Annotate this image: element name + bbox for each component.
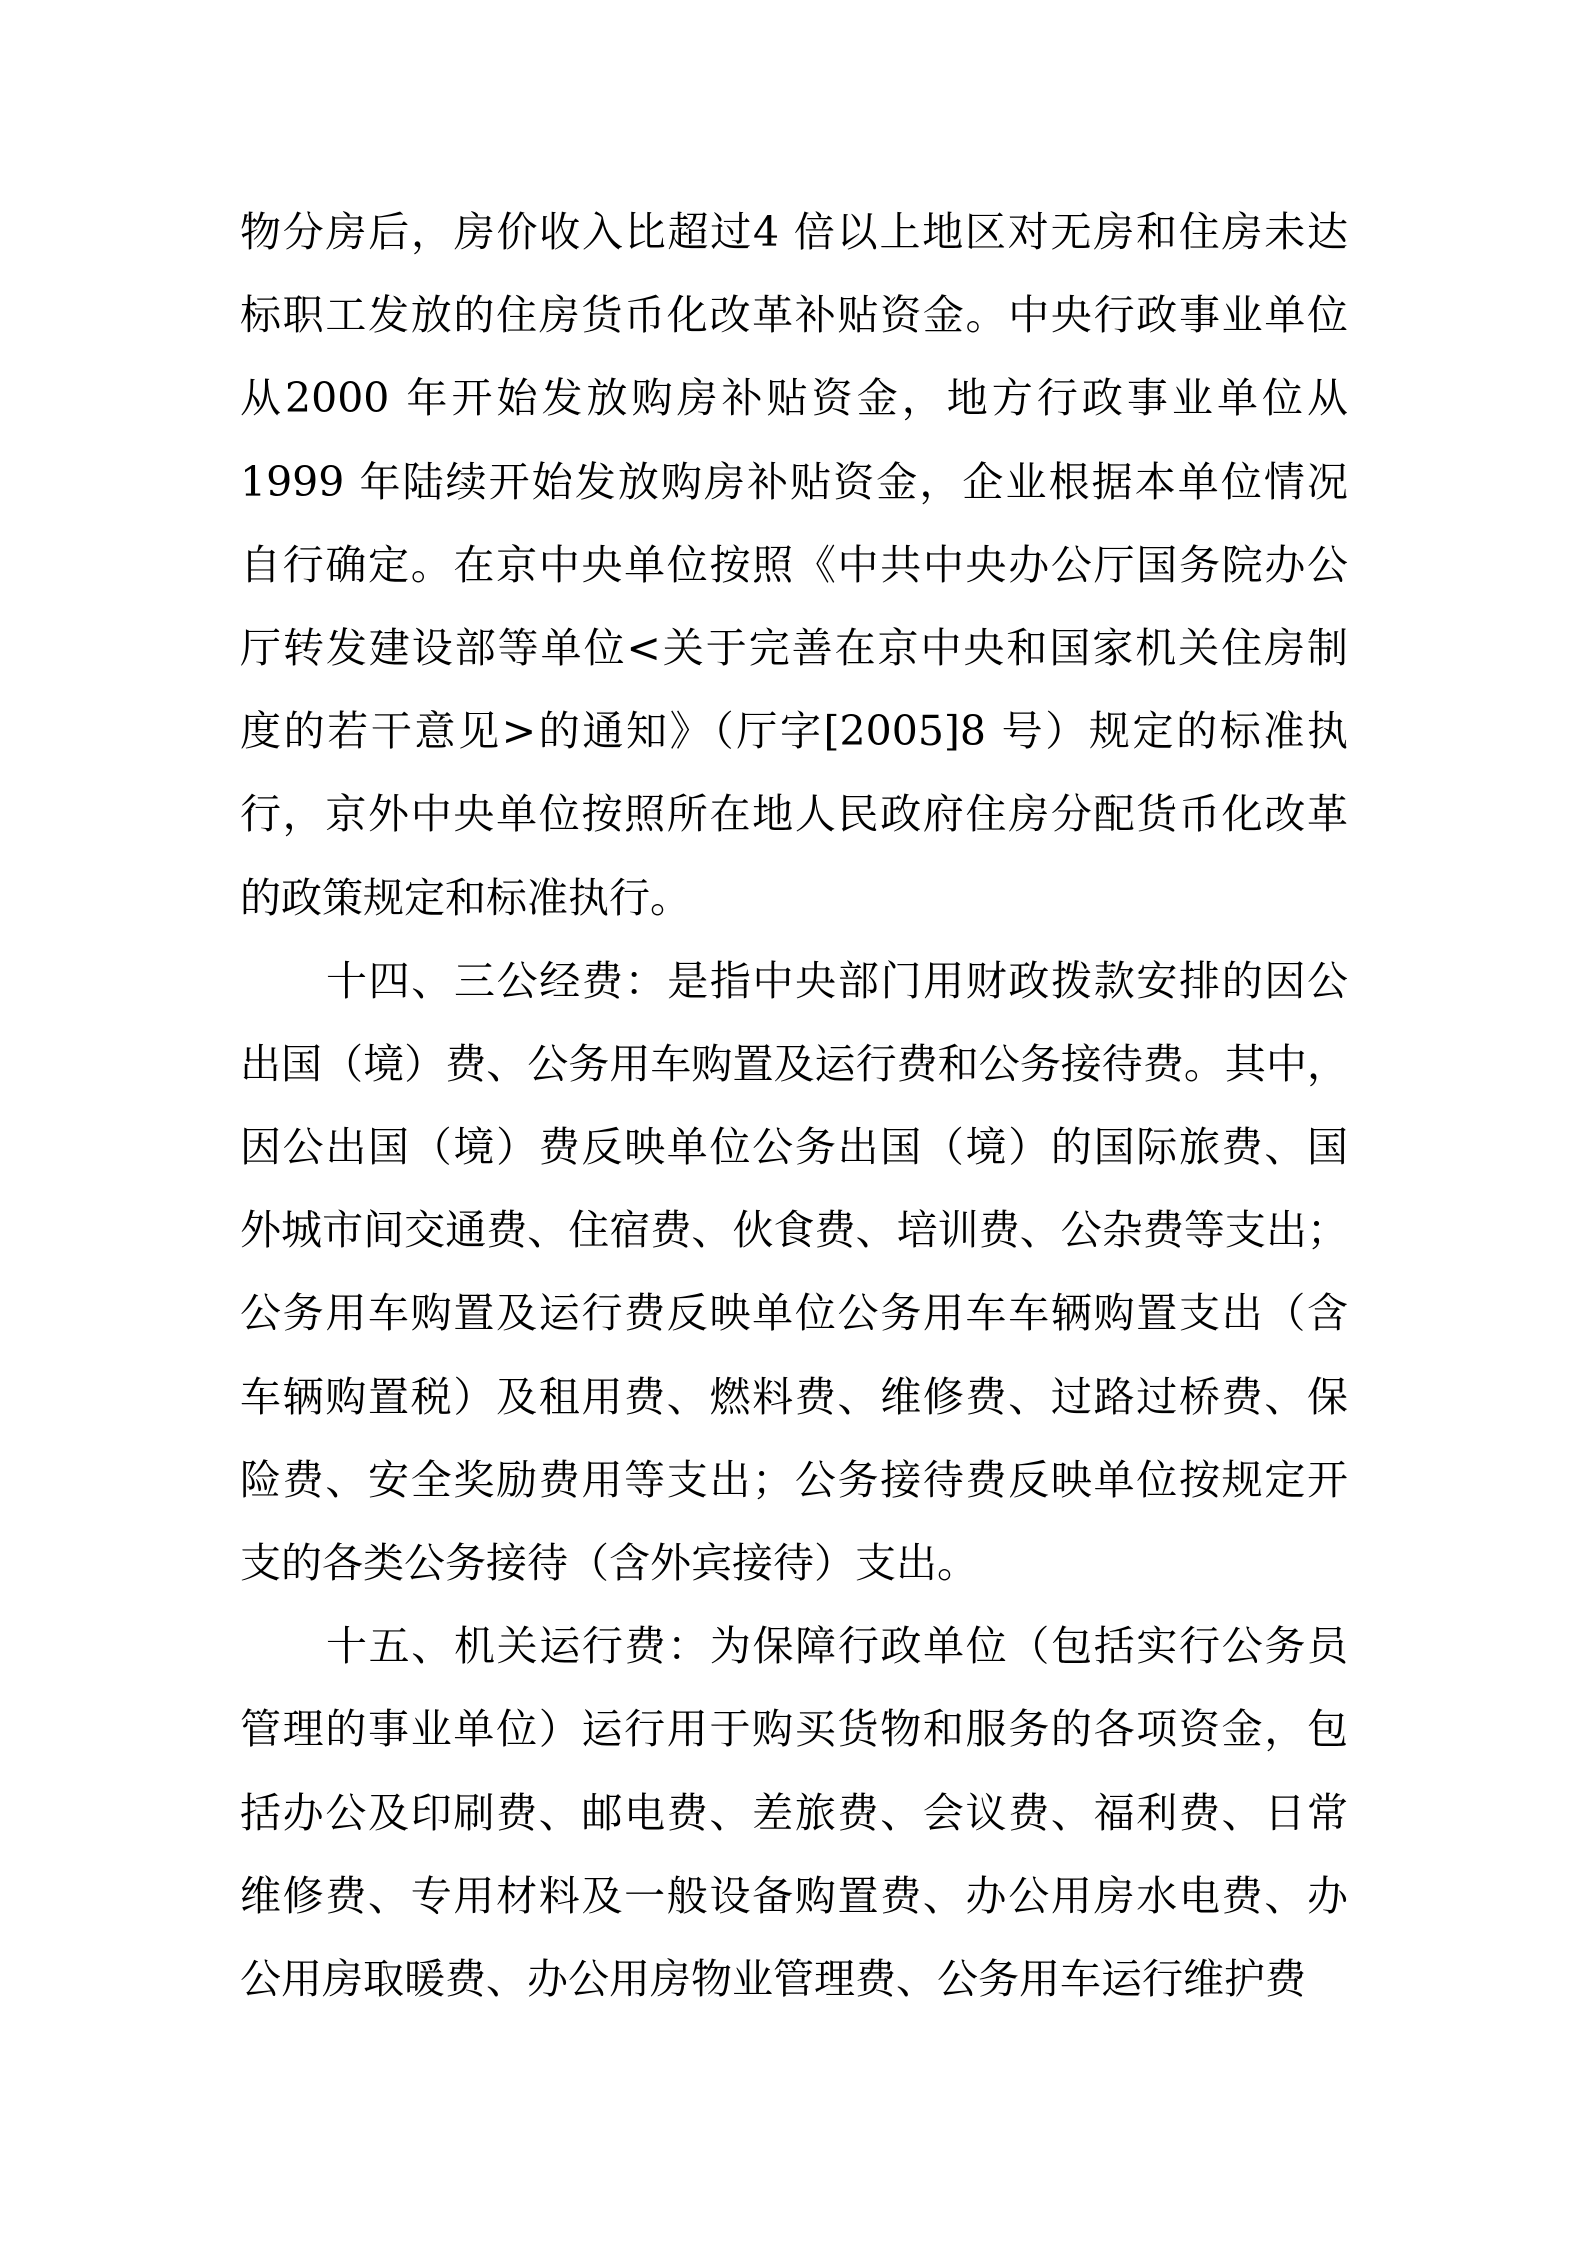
text-line: 维修费、专用材料及一般设备购置费、办公用房水电费、办	[240, 1855, 1348, 1938]
text-line: 外城市间交通费、住宿费、伙食费、培训费、公杂费等支出；	[240, 1189, 1348, 1272]
text-line: 公务用车购置及运行费反映单位公务用车车辆购置支出（含	[240, 1272, 1348, 1355]
text-line: 因公出国（境）费反映单位公务出国（境）的国际旅费、国	[240, 1106, 1348, 1189]
text-line: 行，京外中央单位按照所在地人民政府住房分配货币化改革	[240, 773, 1348, 856]
text-line: 1999 年陆续开始发放购房补贴资金，企业根据本单位情况	[240, 441, 1348, 524]
text-line: 物分房后，房价收入比超过4 倍以上地区对无房和住房未达	[240, 191, 1348, 274]
text-line: 从2000 年开始发放购房补贴资金，地方行政事业单位从	[240, 357, 1348, 440]
text-line: 括办公及印刷费、邮电费、差旅费、会议费、福利费、日常	[240, 1772, 1348, 1855]
document-page: 物分房后，房价收入比超过4 倍以上地区对无房和住房未达 标职工发放的住房货币化改…	[0, 0, 1587, 2245]
text-line: 险费、安全奖励费用等支出；公务接待费反映单位按规定开	[240, 1439, 1348, 1522]
text-line: 厅转发建设部等单位<关于完善在京中央和国家机关住房制	[240, 607, 1348, 690]
text-line: 度的若干意见>的通知》（厅字[2005]8 号）规定的标准执	[240, 690, 1348, 773]
text-line: 标职工发放的住房货币化改革补贴资金。中央行政事业单位	[240, 274, 1348, 357]
text-line: 管理的事业单位）运行用于购买货物和服务的各项资金，包	[240, 1688, 1348, 1771]
text-line-paragraph-end: 的政策规定和标准执行。	[240, 857, 1348, 940]
text-line: 出国（境）费、公务用车购置及运行费和公务接待费。其中，	[240, 1023, 1348, 1106]
text-line-page-end: 公用房取暖费、办公用房物业管理费、公务用车运行维护费	[240, 1938, 1348, 2021]
text-line-paragraph-end: 支的各类公务接待（含外宾接待）支出。	[240, 1522, 1348, 1605]
text-line-paragraph-start-15: 十五、机关运行费：为保障行政单位（包括实行公务员	[240, 1605, 1348, 1688]
text-line: 自行确定。在京中央单位按照《中共中央办公厅国务院办公	[240, 524, 1348, 607]
document-text-body: 物分房后，房价收入比超过4 倍以上地区对无房和住房未达 标职工发放的住房货币化改…	[240, 191, 1348, 2021]
text-line-paragraph-start-14: 十四、三公经费：是指中央部门用财政拨款安排的因公	[240, 940, 1348, 1023]
text-line: 车辆购置税）及租用费、燃料费、维修费、过路过桥费、保	[240, 1356, 1348, 1439]
